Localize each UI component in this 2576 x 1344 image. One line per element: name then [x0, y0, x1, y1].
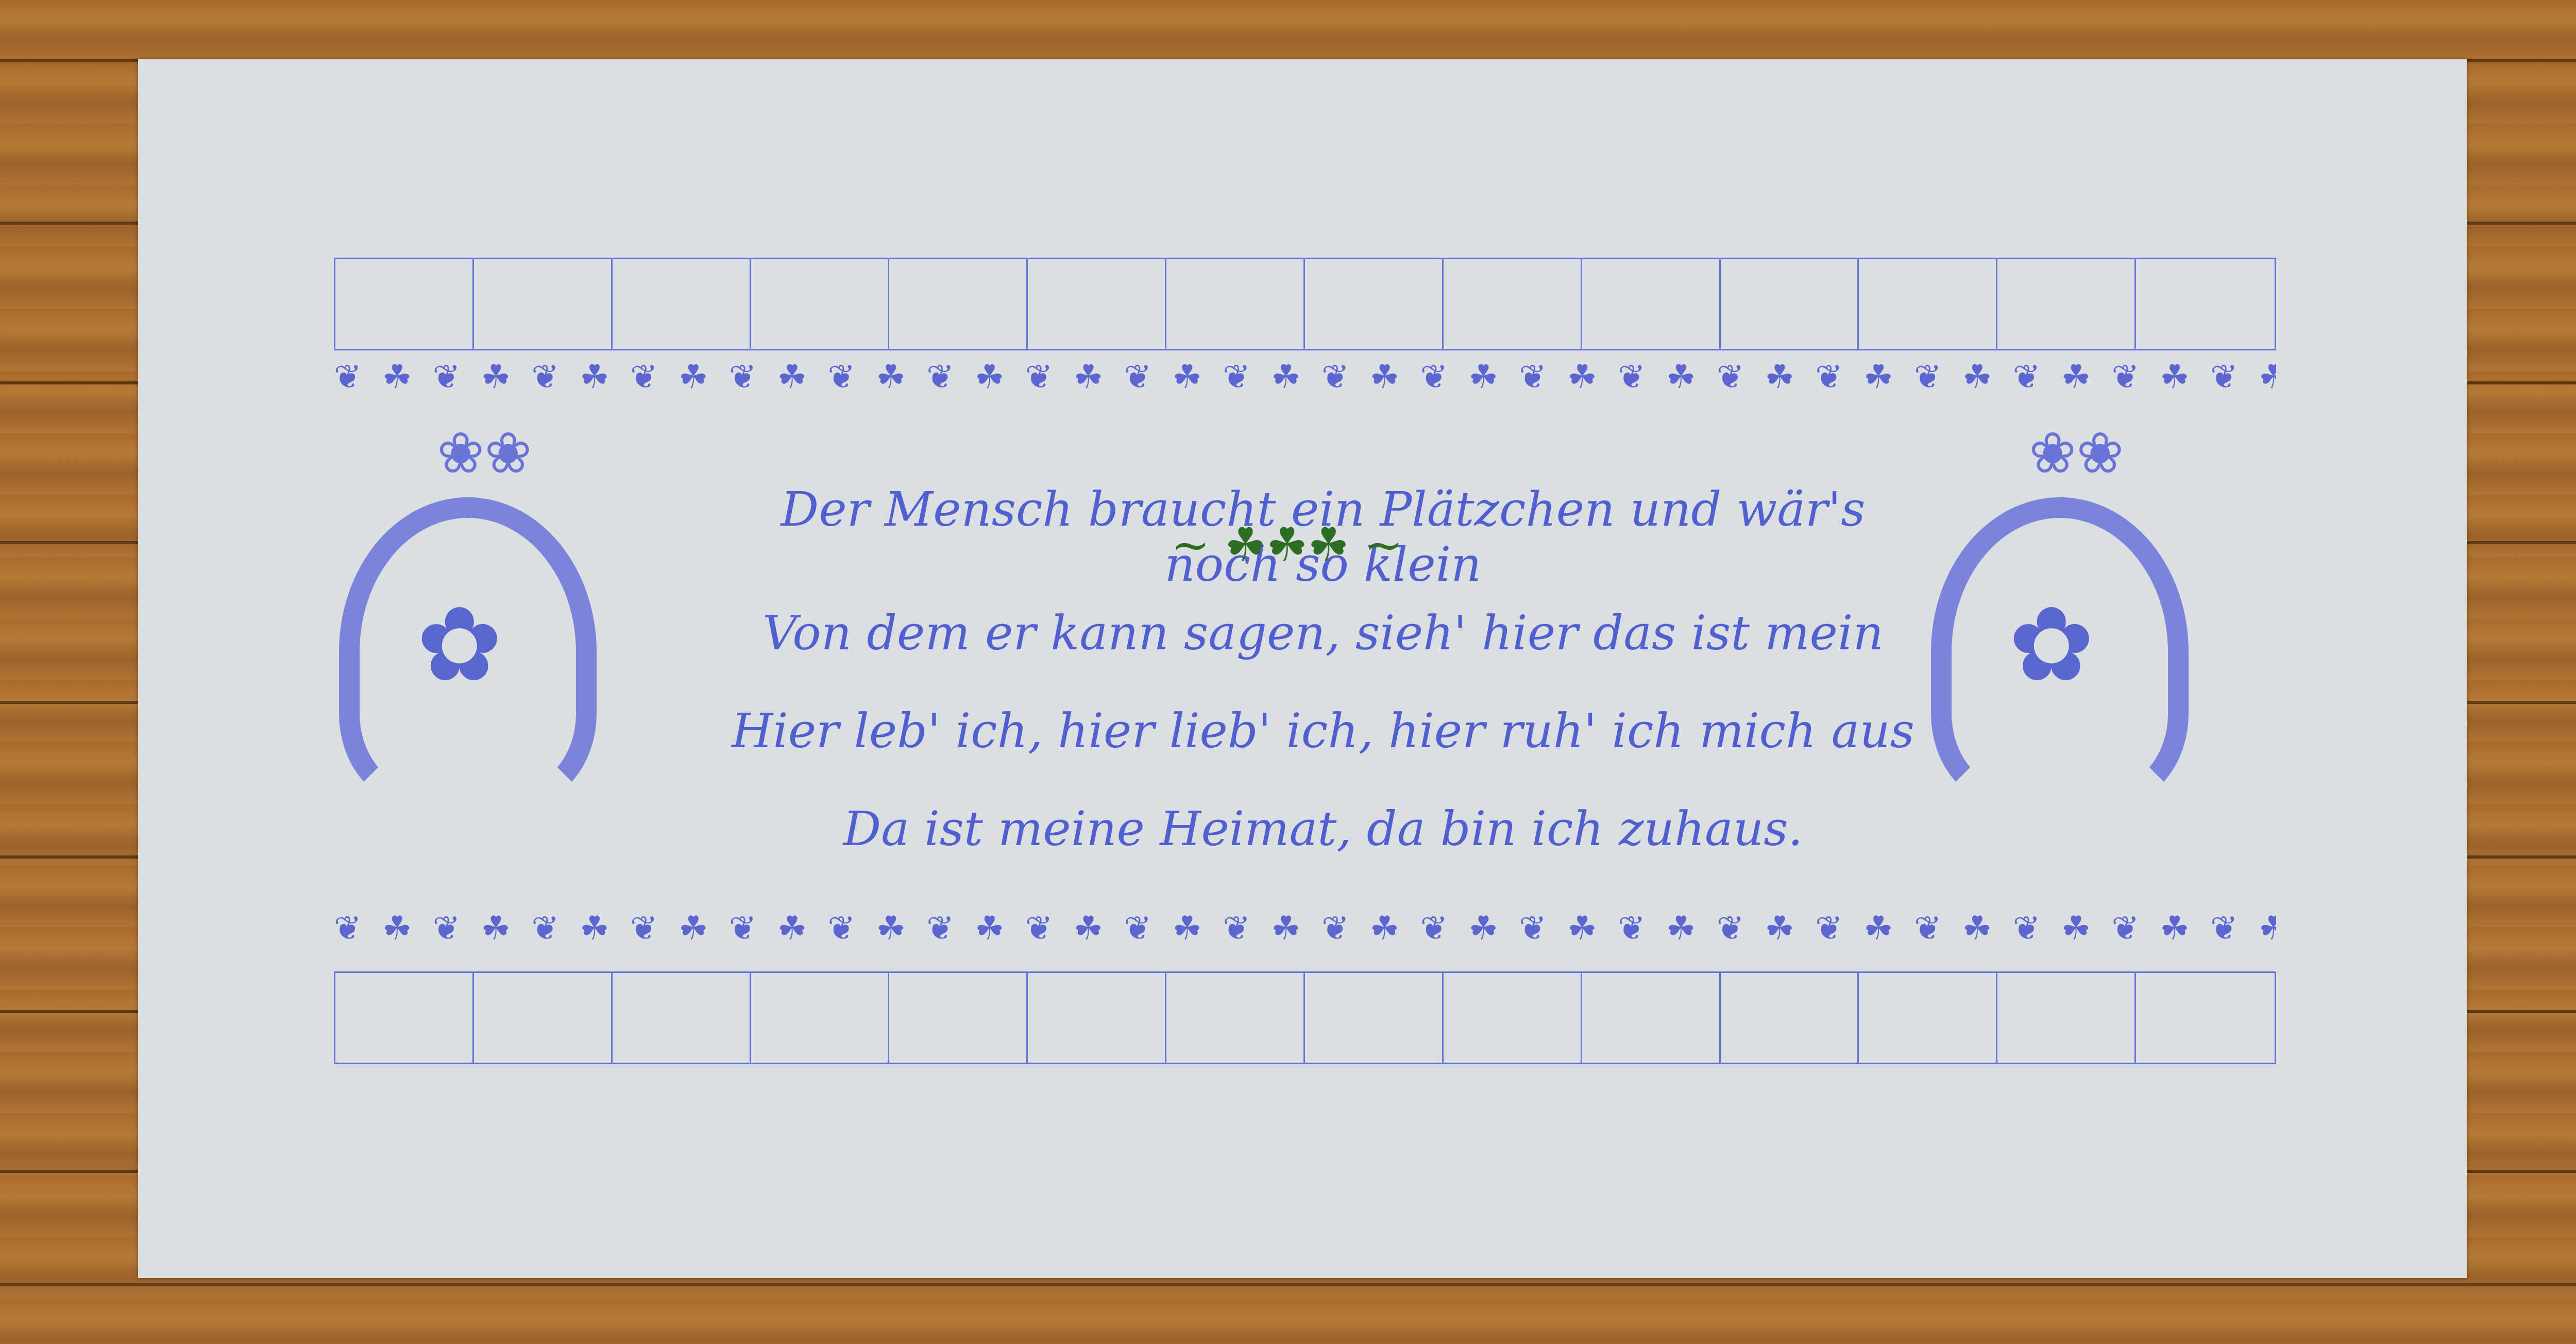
verse-line-4: Da ist meine Heimat, da bin ich zuhaus.: [731, 801, 1916, 856]
top-grid-border: [334, 258, 2276, 350]
verse-line-3: Hier leb' ich, hier lieb' ich, hier ruh'…: [731, 703, 1916, 759]
embroidered-cloth: ❦ ☘ ❦ ☘ ❦ ☘ ❦ ☘ ❦ ☘ ❦ ☘ ❦ ☘ ❦ ☘ ❦ ☘ ❦ ☘ …: [138, 59, 2467, 1278]
rose-bouquet-icon: ✿: [2008, 585, 2095, 705]
rose-bouquet-icon: ✿: [416, 585, 503, 705]
verse-line-2: Von dem er kann sagen, sieh' hier das is…: [731, 606, 1916, 661]
top-clover-vine: ❦ ☘ ❦ ☘ ❦ ☘ ❦ ☘ ❦ ☘ ❦ ☘ ❦ ☘ ❦ ☘ ❦ ☘ ❦ ☘ …: [334, 358, 2276, 399]
bottom-grid-border: [334, 971, 2276, 1064]
clover-ornament: ~ ☘☘☘ ~: [1055, 518, 1519, 572]
bottom-clover-vine: ❦ ☘ ❦ ☘ ❦ ☘ ❦ ☘ ❦ ☘ ❦ ☘ ❦ ☘ ❦ ☘ ❦ ☘ ❦ ☘ …: [334, 910, 2276, 951]
clover-blossom-icon: ❀❀: [2029, 420, 2124, 486]
plank-seam: [0, 1283, 2576, 1286]
right-horseshoe-motif: ❀❀ ✿: [1900, 420, 2219, 843]
left-horseshoe-motif: ❀❀ ✿: [308, 420, 628, 843]
clover-blossom-icon: ❀❀: [437, 420, 532, 486]
